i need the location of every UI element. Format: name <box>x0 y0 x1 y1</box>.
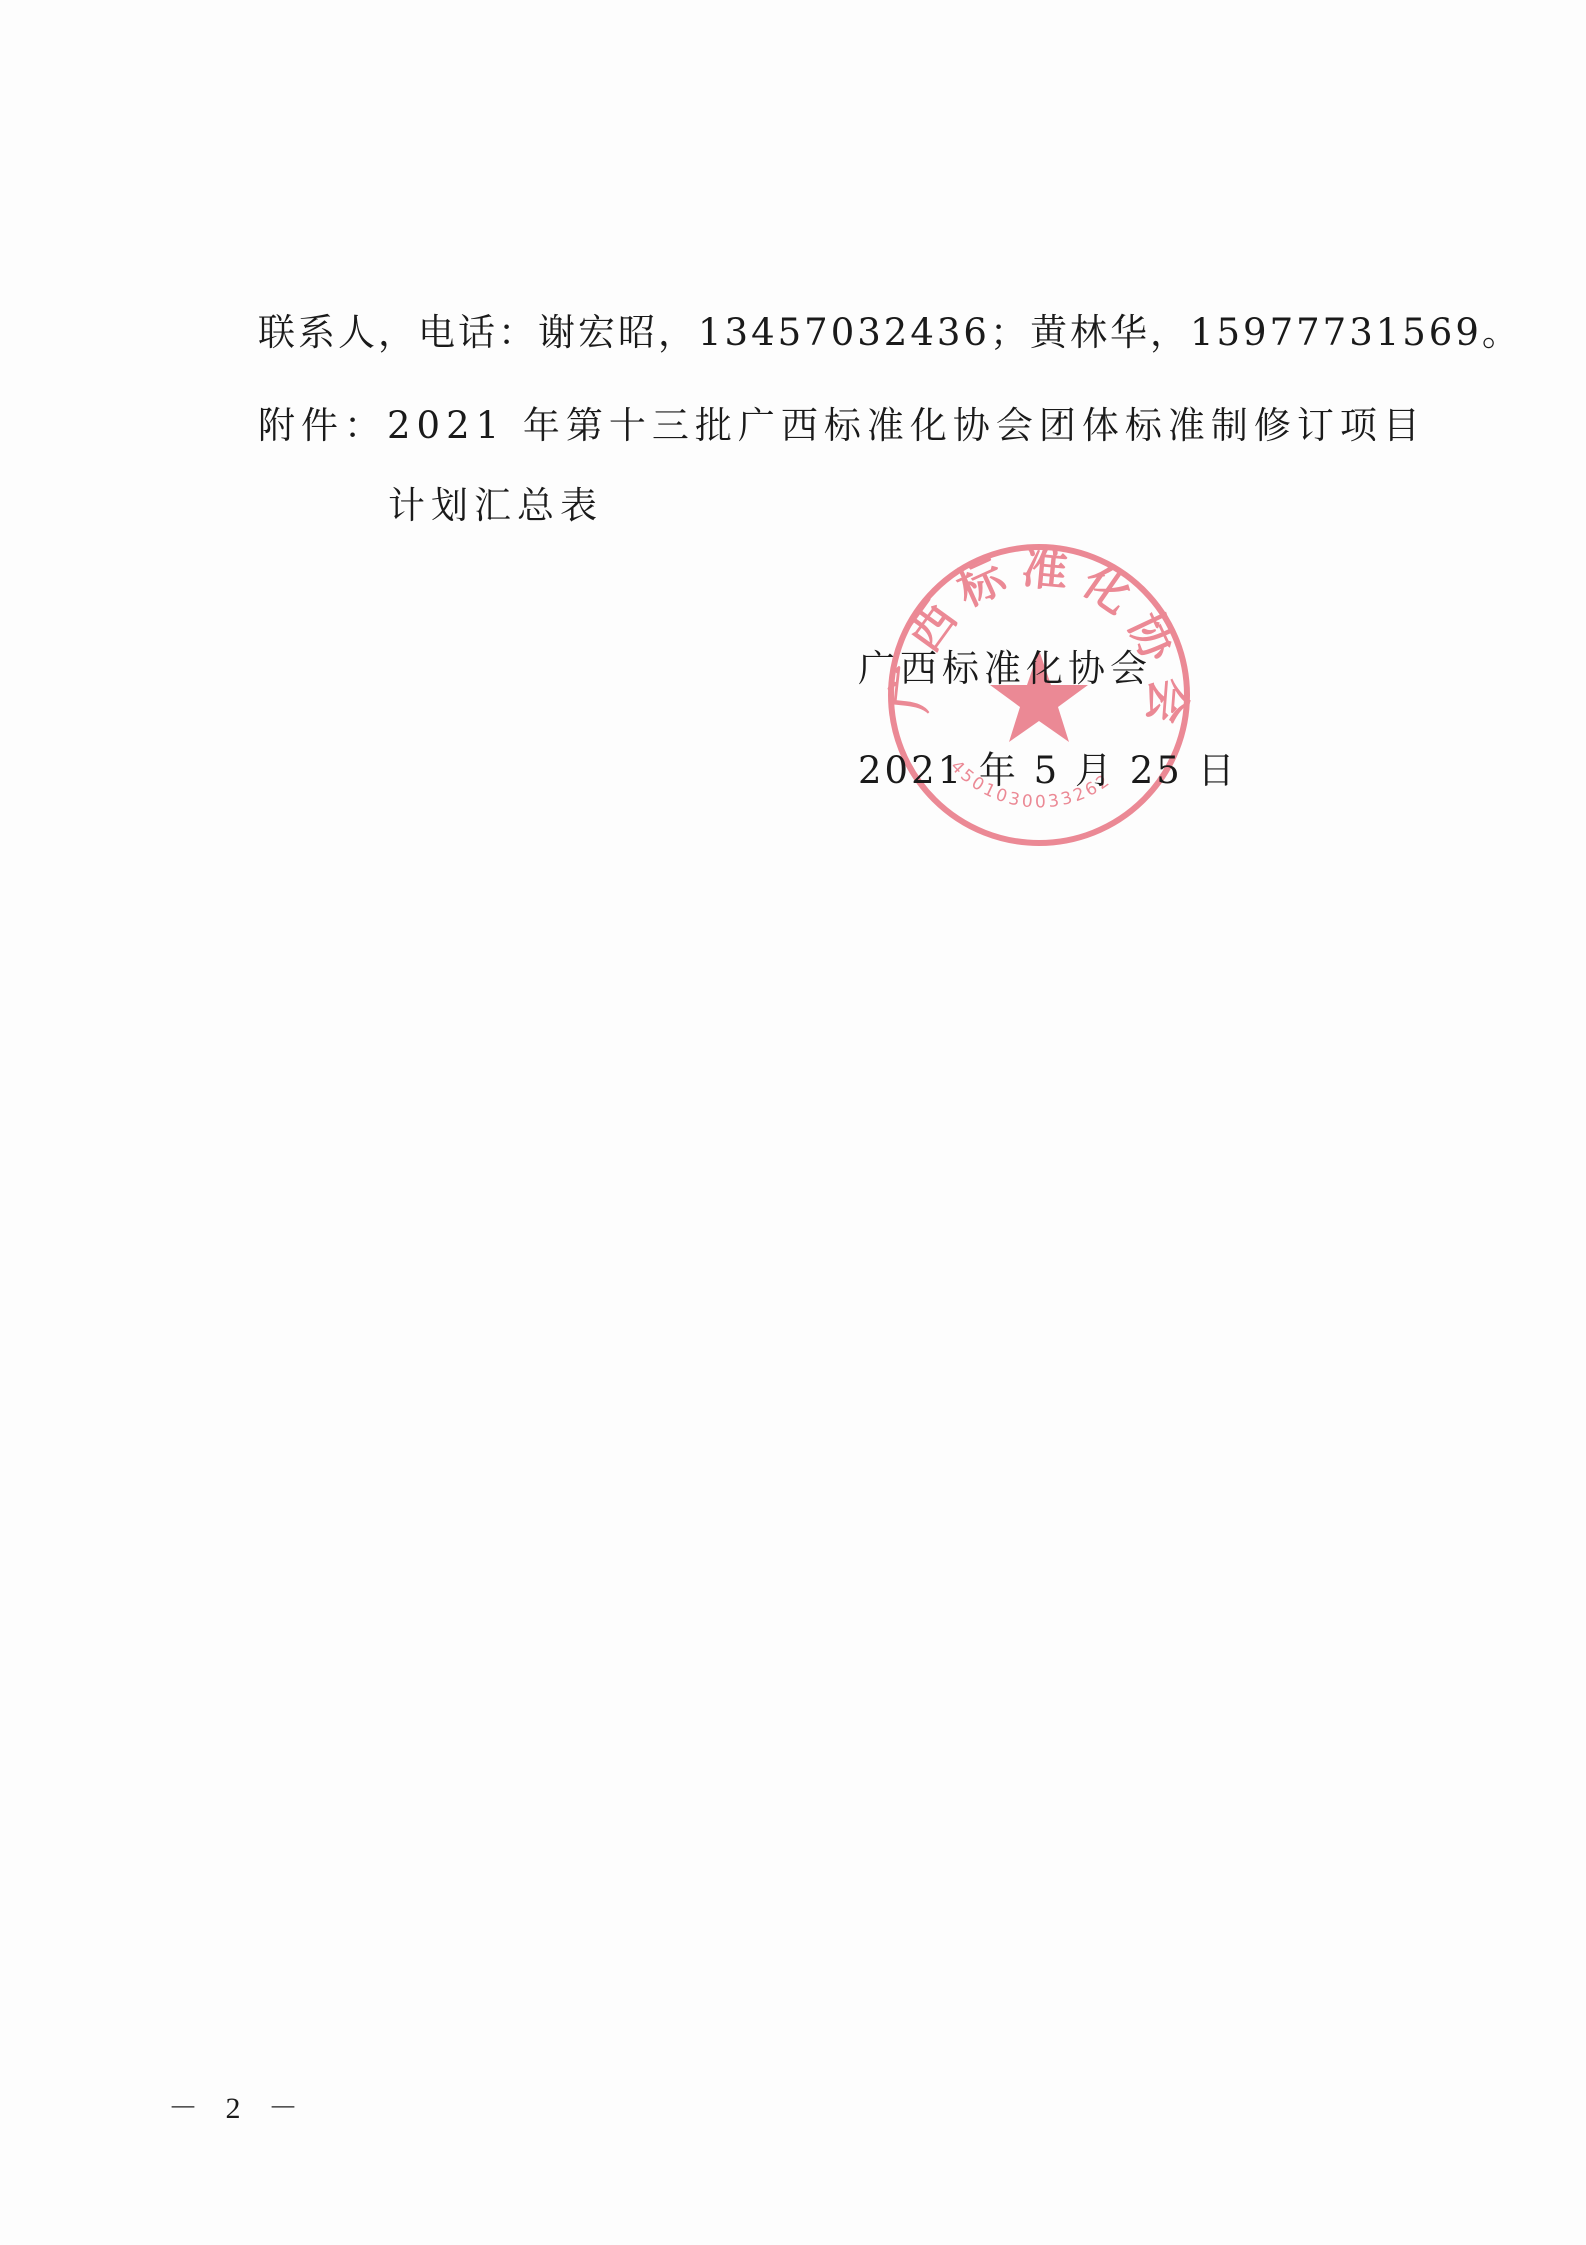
attachment-title: 2021 年第十三批广西标准化协会团体标准制修订项目 <box>387 404 1426 447</box>
attachment-label: 附件： <box>258 404 387 447</box>
signing-date: 2021 年 5 月 25 日 <box>858 752 1238 789</box>
contact-info: 联系人，电话：谢宏昭，13457032436；黄林华，15977731569。 <box>258 314 1522 351</box>
signer-organization: 广西标准化协会 <box>858 650 1152 687</box>
contact-text: 联系人，电话：谢宏昭，13457032436；黄林华，15977731569。 <box>258 311 1522 354</box>
attachment-line: 附件：2021 年第十三批广西标准化协会团体标准制修订项目 <box>258 407 1426 444</box>
attachment-title-continued: 计划汇总表 <box>388 487 603 524</box>
page-number: － 2 － <box>168 2083 308 2127</box>
document-page: 广西标准化协会 4501030033262 联系人，电话：谢宏昭，1345703… <box>0 0 1586 2245</box>
